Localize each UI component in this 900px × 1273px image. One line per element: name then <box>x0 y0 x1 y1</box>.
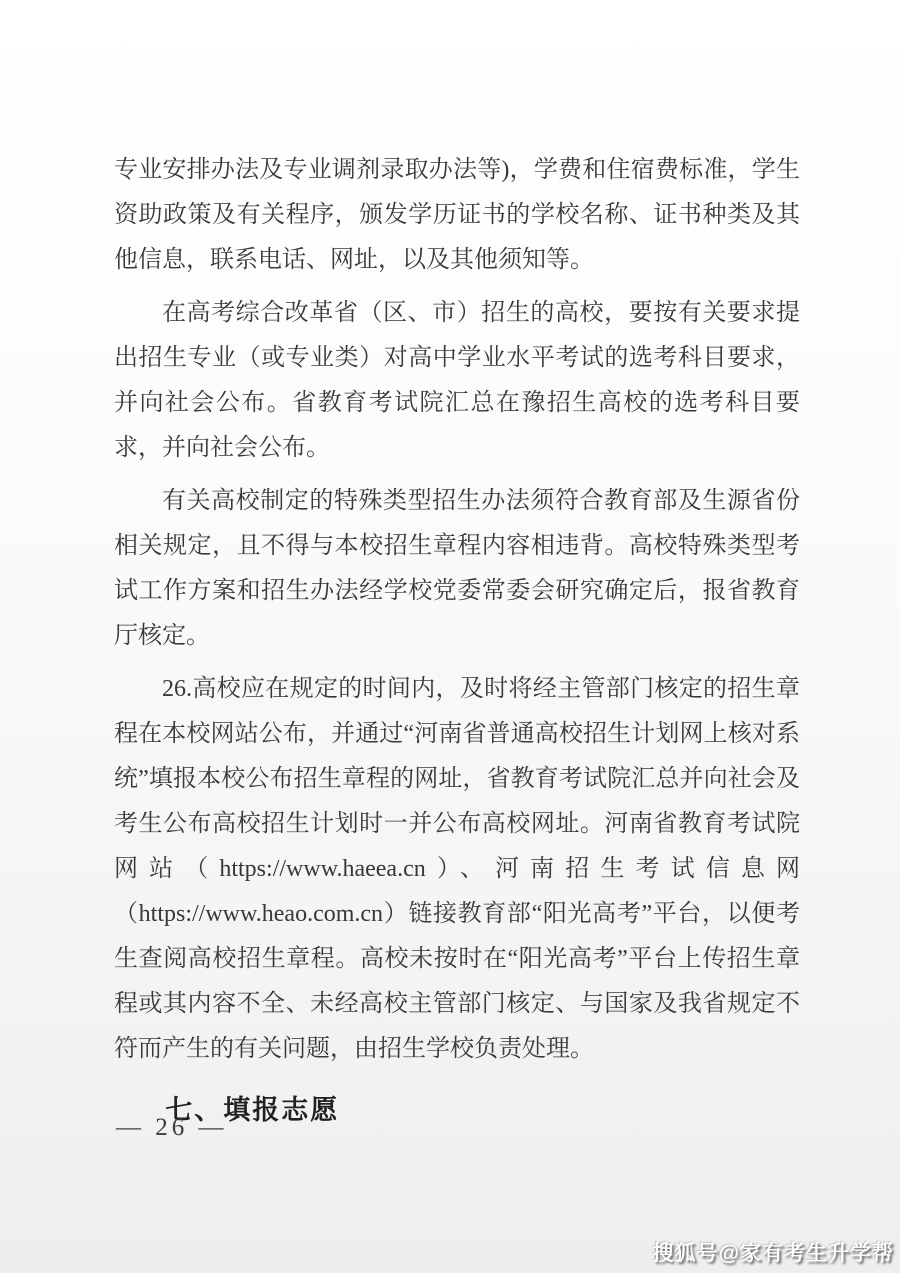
paragraph-continuation: 专业安排办法及专业调剂录取办法等)，学费和住宿费标准，学生资助政策及有关程序，颁… <box>114 148 800 283</box>
page-number: — 26 — <box>116 1108 228 1148</box>
paragraph: 在高考综合改革省（区、市）招生的高校，要按有关要求提出招生专业（或专业类）对高中… <box>114 291 800 471</box>
paragraph: 有关高校制定的特殊类型招生办法须符合教育部及生源省份相关规定，且不得与本校招生章… <box>114 479 800 659</box>
paragraph-item-26: 26.高校应在规定的时间内，及时将经主管部门核定的招生章程在本校网站公布，并通过… <box>114 667 800 1072</box>
document-page: 专业安排办法及专业调剂录取办法等)，学费和住宿费标准，学生资助政策及有关程序，颁… <box>0 0 900 1273</box>
watermark-label: 搜狐号@家有考生升学帮 <box>653 1237 894 1267</box>
document-body: 专业安排办法及专业调剂录取办法等)，学费和住宿费标准，学生资助政策及有关程序，颁… <box>114 148 800 1133</box>
